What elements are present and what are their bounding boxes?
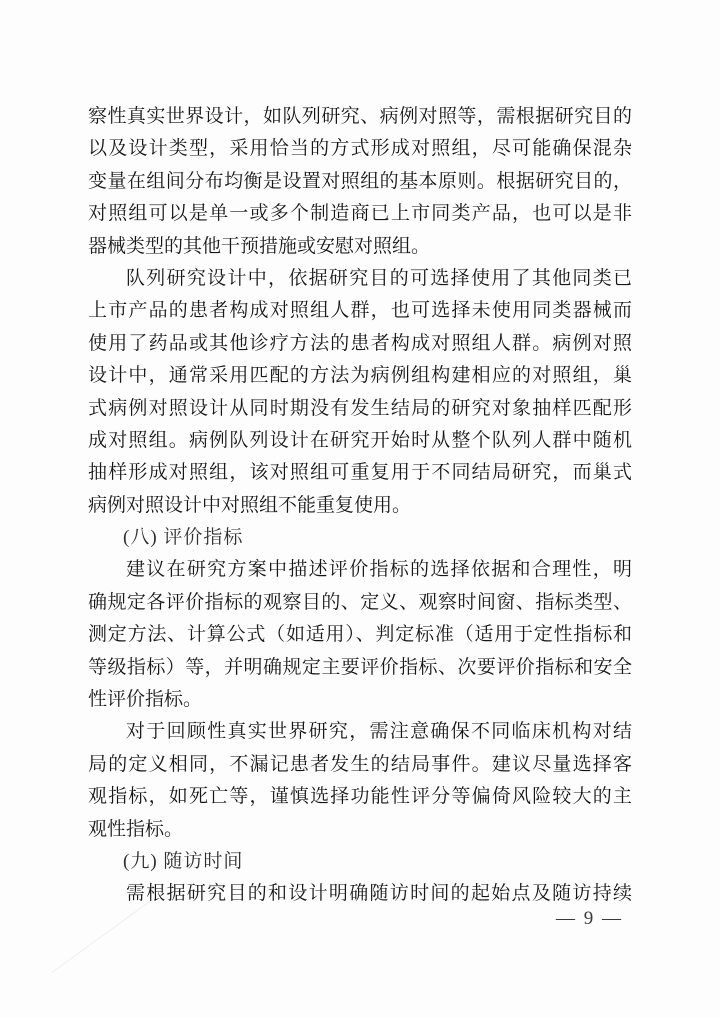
text-line: 队列研究设计中，依据研究目的可选择使用了其他同类已 [88,263,632,295]
text-line: 以及设计类型，采用恰当的方式形成对照组，尽可能确保混杂 [88,133,632,165]
text-line: 式病例对照设计从同时期没有发生结局的研究对象抽样匹配形 [88,393,632,425]
text-line: 上市产品的患者构成对照组人群，也可选择未使用同类器械而 [88,295,632,327]
text-line: 局的定义相同，不漏记患者发生的结局事件。建议尽量选择客 [88,749,632,781]
text-line: 成对照组。病例队列设计在研究开始时从整个队列人群中随机 [88,425,632,457]
text-line: 确规定各评价指标的观察目的、定义、观察时间窗、指标类型、 [88,587,632,619]
text-line: 观性指标。 [88,814,632,846]
text-line: 对于回顾性真实世界研究，需注意确保不同临床机构对结 [88,716,632,748]
section-heading: (九) 随访时间 [88,846,632,878]
text-line: 性评价指标。 [88,684,632,716]
text-line: 病例对照设计中对照组不能重复使用。 [88,490,632,522]
text-line: 抽样形成对照组，该对照组可重复用于不同结局研究，而巢式 [88,457,632,489]
text-line: 设计中，通常采用匹配的方法为病例组构建相应的对照组，巢 [88,360,632,392]
text-line: 使用了药品或其他诊疗方法的患者构成对照组人群。病例对照 [88,328,632,360]
text-line: 观指标，如死亡等，谨慎选择功能性评分等偏倚风险较大的主 [88,781,632,813]
text-line: 对照组可以是单一或多个制造商已上市同类产品，也可以是非 [88,198,632,230]
text-line: 器械类型的其他干预措施或安慰对照组。 [88,231,632,263]
text-line: 变量在组间分布均衡是设置对照组的基本原则。根据研究目的， [88,166,632,198]
text-line: 等级指标）等，并明确规定主要评价指标、次要评价指标和安全 [88,652,632,684]
text-line: 需根据研究目的和设计明确随访时间的起始点及随访持续 [88,878,632,910]
text-line: 测定方法、计算公式（如适用）、判定标准（适用于定性指标和 [88,619,632,651]
text-line: 建议在研究方案中描述评价指标的选择依据和合理性，明 [88,554,632,586]
text-line: 察性真实世界设计，如队列研究、病例对照等，需根据研究目的 [88,101,632,133]
page-number: — 9 — [556,908,623,930]
document-page: 察性真实世界设计，如队列研究、病例对照等，需根据研究目的 以及设计类型，采用恰当… [0,0,720,1018]
section-heading: (八) 评价指标 [88,522,632,554]
body-text-block: 察性真实世界设计，如队列研究、病例对照等，需根据研究目的 以及设计类型，采用恰当… [88,101,632,911]
